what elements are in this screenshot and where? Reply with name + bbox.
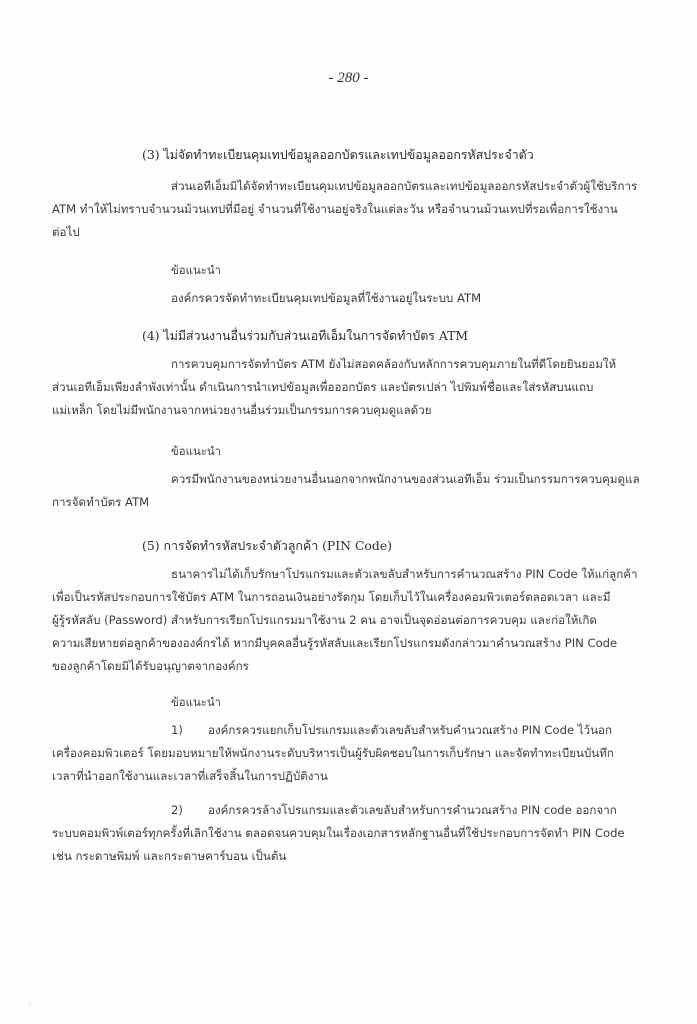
section-3-body-line: ต่อไป	[52, 224, 80, 240]
section-3-recommendation-line: องค์กรควรจัดทำทะเบียนคุมเทปข้อมูลที่ใช้ง…	[171, 290, 481, 306]
section-4-heading: (4) ไม่มีส่วนงานอื่นร่วมกับส่วนเอทีเอ็มใ…	[142, 328, 468, 344]
section-5-body-line: เพื่อเป็นรหัสประกอบการใช้บัตร ATM ในการถ…	[52, 589, 611, 605]
recommendation-2-line: องค์กรควรล้างโปรแกรมและตัวเลขลับสำหรับกา…	[208, 802, 617, 818]
section-3-body-line: ส่วนเอทีเอ็มมิได้จัดทำทะเบียนคุมเทปข้อมู…	[171, 178, 609, 194]
section-5-recommendation-label: ข้อแนะนำ	[171, 694, 221, 710]
recommendation-1-number: 1)	[171, 722, 183, 738]
recommendation-2-number: 2)	[171, 802, 183, 818]
section-4-recommendation-line: ควรมีพนักงานของหน่วยงานอื่นนอกจากพนักงาน…	[171, 471, 640, 487]
recommendation-1-line: เวลาที่นำออกใช้งานและเวลาที่เสร็จสิ้นในก…	[52, 768, 328, 784]
section-3-body-line: ATM ทำให้ไม่ทราบจำนวนม้วนเทปที่มีอยู่ จำ…	[52, 201, 618, 217]
section-5-heading: (5) การจัดทำรหัสประจำตัวลูกค้า (PIN Code…	[142, 538, 392, 554]
recommendation-1-line: เครื่องคอมพิวเตอร์ โดยมอบหมายให้พนักงานร…	[52, 745, 614, 761]
section-4-body-line: แม่เหล็ก โดยไม่มีพนักงานจากหน่วยงานอื่นร…	[52, 402, 432, 418]
section-3-heading: (3) ไม่จัดทำทะเบียนคุมเทปข้อมูลออกบัตรแล…	[142, 147, 534, 163]
section-4-body-line: ส่วนเอทีเอ็มเพียงลำพังเท่านั้น ดำเนินการ…	[52, 379, 593, 395]
scan-artifact	[28, 1002, 31, 1005]
recommendation-2-line: เช่น กระดาษพิมพ์ และกระดาษคาร์บอน เป็นต้…	[52, 848, 286, 864]
section-5-body-line: ธนาคารไม่ได้เก็บรักษาโปรแกรมและตัวเลขลับ…	[171, 566, 638, 582]
section-4-recommendation-label: ข้อแนะนำ	[171, 443, 221, 459]
recommendation-2-line: ระบบคอมพิวพ์เตอร์ทุกครั้งที่เลิกใช้งาน ต…	[52, 825, 625, 841]
section-5-body-line: ผู้รู้รหัสลับ (Password) สำหรับการเรียกโ…	[52, 612, 597, 628]
section-4-body-line: การควบคุมการจัดทำบัตร ATM ยังไม่สอดคล้อง…	[171, 356, 616, 372]
section-3-recommendation-label: ข้อแนะนำ	[171, 262, 221, 278]
section-5-body-line: ความเสียหายต่อลูกค้าขององค์กรได้ หากมีบุ…	[52, 635, 617, 651]
section-4-recommendation-line: การจัดทำบัตร ATM	[52, 494, 149, 510]
section-5-body-line: ของลูกค้าโดยมิได้รับอนุญาตจากองค์กร	[52, 658, 249, 674]
page-number: - 280 -	[0, 70, 697, 87]
document-page: - 280 - (3) ไม่จัดทำทะเบียนคุมเทปข้อมูลอ…	[0, 0, 697, 1024]
recommendation-1-line: องค์กรควรแยกเก็บโปรแกรมและตัวเลขลับสำหรั…	[208, 722, 612, 738]
